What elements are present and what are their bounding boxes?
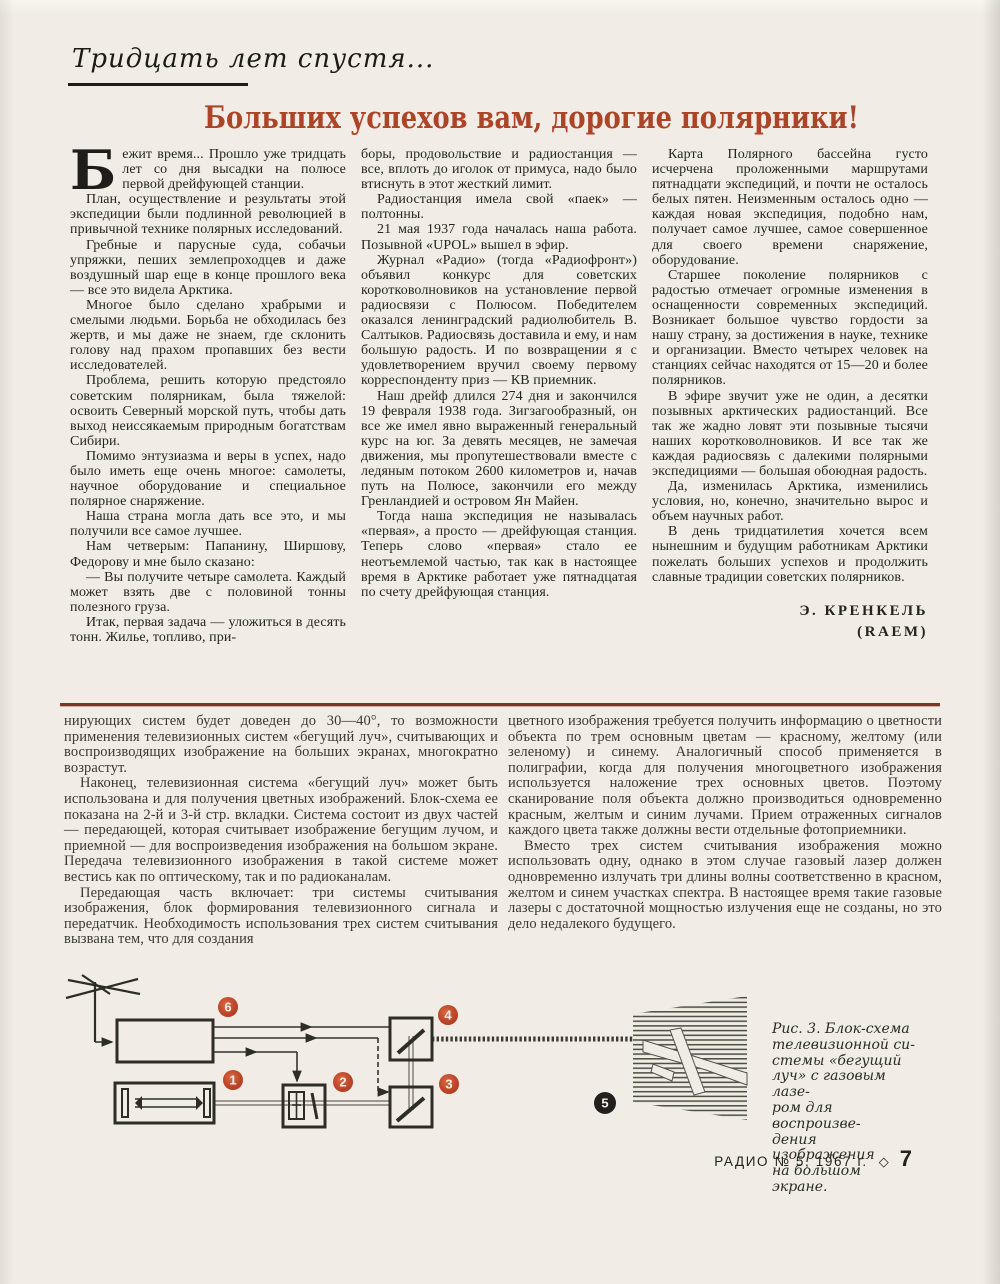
figure-label-4: 4 [438, 1005, 458, 1025]
article-headline: Больших успехов вам, дорогие полярники! [204, 101, 859, 135]
paragraph: Наш дрейф длился 274 дня и закончился 19… [361, 389, 637, 510]
paragraph: боры, продовольствие и радиостанция — вс… [361, 147, 637, 192]
deflector-mirror-top [390, 1018, 432, 1060]
figure-label-3: 3 [439, 1074, 459, 1094]
caption-line: луч» с газовым лазе- [772, 1069, 918, 1101]
paragraph: Нам четверым: Папанину, Ширшову, Федоров… [70, 539, 346, 569]
svg-text:6: 6 [224, 1000, 231, 1015]
paragraph: Бежит время... Прошло уже тридцать лет с… [70, 147, 346, 192]
paragraph: Карта Полярного бассейна густо исчерчена… [652, 147, 928, 268]
top-article-column-3: Карта Полярного бассейна густо исчерчена… [652, 147, 928, 645]
figure-label-5: 5 [594, 1092, 616, 1114]
top-article: Бежит время... Прошло уже тридцать лет с… [70, 147, 928, 645]
kicker-script-title: Тридцать лет спустя... [72, 44, 434, 74]
author-signature: Э. КРЕНКЕЛЬ (RAEM) [652, 601, 928, 643]
kicker-underline [68, 83, 248, 86]
paragraph: В эфире звучит уже не один, а десятки по… [652, 389, 928, 480]
antenna-icon [66, 975, 140, 1042]
svg-text:3: 3 [445, 1077, 452, 1092]
caption-line: ром для воспроизве- [772, 1101, 918, 1133]
paragraph: Итак, первая задача — уложиться в десять… [70, 615, 346, 645]
author-name: Э. КРЕНКЕЛЬ [652, 601, 928, 622]
svg-text:4: 4 [444, 1008, 452, 1023]
page-footer: РАДИО № 5, 1967 г. ◇ 7 [600, 1146, 912, 1172]
paragraph: Наконец, телевизионная система «бегущий … [64, 776, 498, 885]
paragraph: План, осуществление и результаты этой эк… [70, 192, 346, 237]
paragraph: 21 мая 1937 года началась наша работа. П… [361, 222, 637, 252]
paragraph: Передающая часть включает: три системы с… [64, 886, 498, 948]
figure-label-1: 1 [223, 1070, 243, 1090]
paragraph-text: ежит время... Прошло уже тридцать лет со… [122, 147, 346, 192]
paragraph: цветного изображения требуется получить … [508, 714, 942, 839]
svg-text:5: 5 [601, 1096, 608, 1111]
top-article-column-2: боры, продовольствие и радиостанция — вс… [361, 147, 637, 645]
paragraph: Да, изменилась Арктика, изменились услов… [652, 479, 928, 524]
top-article-column-1: Бежит время... Прошло уже тридцать лет с… [70, 147, 346, 645]
paragraph: Радиостанция имела свой «паек» — полтонн… [361, 192, 637, 222]
block-diagram-figure: 1 2 3 4 5 6 [58, 972, 758, 1150]
bottom-article-column-right: цветного изображения требуется получить … [508, 714, 942, 948]
caption-line: стемы «бегущий [772, 1054, 918, 1070]
svg-text:1: 1 [229, 1073, 236, 1088]
modulator-block [283, 1085, 325, 1127]
magazine-page: Тридцать лет спустя... Больших успехов в… [0, 0, 1000, 1284]
paragraph: Старшее поколение полярников с радостью … [652, 268, 928, 389]
bottom-article-column-left: нирующих систем будет доведен до 30—40°,… [64, 714, 498, 948]
journal-issue-label: РАДИО № 5, 1967 г. [714, 1154, 868, 1169]
author-callsign: (RAEM) [652, 622, 928, 643]
paragraph: Наша страна могла дать все это, и мы пол… [70, 509, 346, 539]
figure-label-6: 6 [218, 997, 238, 1017]
projection-screen [633, 996, 747, 1120]
caption-line: Рис. 3. Блок-схема [772, 1022, 918, 1038]
section-divider-rule [60, 703, 940, 706]
svg-text:2: 2 [339, 1075, 346, 1090]
paragraph: Журнал «Радио» (тогда «Радиофронт») объя… [361, 253, 637, 389]
page-number: 7 [900, 1146, 912, 1172]
paragraph: Проблема, решить которую предстояло сове… [70, 373, 346, 448]
paragraph: В день тридцатилетия хочется всем нынешн… [652, 524, 928, 584]
bottom-article: нирующих систем будет доведен до 30—40°,… [64, 714, 942, 948]
receiver-block [117, 1020, 213, 1062]
paragraph: Тогда наша экспедиция не называлась «пер… [361, 509, 637, 600]
caption-line: телевизионной си- [772, 1038, 918, 1054]
paragraph: Помимо энтузиазма и веры в успех, надо б… [70, 449, 346, 509]
figure-label-2: 2 [333, 1072, 353, 1092]
paragraph: Вместо трех систем считывания изображени… [508, 839, 942, 933]
laser-block [115, 1083, 214, 1123]
diamond-icon: ◇ [879, 1154, 889, 1170]
paragraph: Многое было сделано храбрыми и смелыми л… [70, 298, 346, 373]
paragraph: нирующих систем будет доведен до 30—40°,… [64, 714, 498, 776]
dropcap: Б [70, 147, 122, 191]
paragraph: Гребные и парусные суда, собачьи упряжки… [70, 238, 346, 298]
deflector-mirror-bottom [390, 1087, 432, 1127]
paragraph: — Вы получите четыре самолета. Каждый мо… [70, 570, 346, 615]
